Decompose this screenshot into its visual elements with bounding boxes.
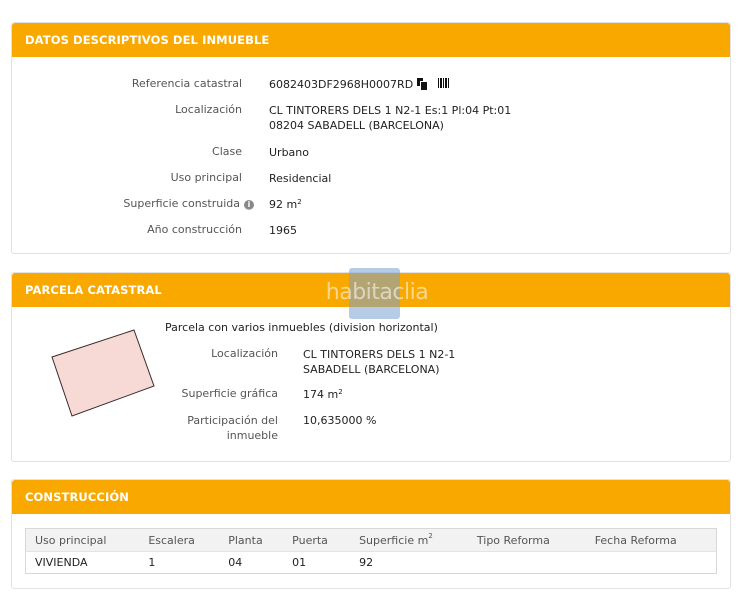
table-cell: 04 [219,552,283,574]
copy-icon[interactable] [417,78,426,89]
parcela-subtitle: Parcela con varios inmuebles (division h… [165,321,438,334]
column-header: Fecha Reforma [586,529,717,552]
table-header-row: Uso principalEscaleraPlantaPuertaSuperfi… [26,529,717,552]
table-cell: VIVIENDA [26,552,140,574]
value-localizacion: CL TINTORERS DELS 1 N2-1 Es:1 Pl:04 Pt:0… [269,103,511,133]
column-header-unit: 2 [428,532,432,540]
label-participacion: Participación del inmueble [187,413,278,443]
value-uso-principal: Residencial [269,171,331,186]
panel-header-construccion: CONSTRUCCIÓN [12,480,730,514]
label-uso-principal: Uso principal [171,171,242,184]
referencia-catastral-text: 6082403DF2968H0007RD [269,78,413,91]
table-cell [468,552,586,574]
table-cell: 1 [139,552,219,574]
column-header: Uso principal [26,529,140,552]
localizacion-line1: CL TINTORERS DELS 1 N2-1 Es:1 Pl:04 Pt:0… [269,104,511,117]
table-cell: 01 [283,552,350,574]
barcode-icon[interactable] [438,78,449,90]
superficie-grafica-unit: 2 [338,388,342,396]
panel-header-parcela-catastral: PARCELA CATASTRAL [12,273,730,307]
participacion-label-line2: inmueble [227,429,278,442]
value-clase: Urbano [269,145,309,160]
parcela-localizacion-line2: SABADELL (BARCELONA) [303,363,440,376]
construccion-table: Uso principalEscaleraPlantaPuertaSuperfi… [25,528,717,574]
parcel-shape [50,328,160,420]
panel-datos-descriptivos: DATOS DESCRIPTIVOS DEL INMUEBLE Referenc… [11,22,731,254]
superficie-grafica-number: 174 m [303,388,338,401]
panel-construccion: CONSTRUCCIÓN Uso principalEscaleraPlanta… [11,479,731,589]
label-superficie-grafica: Superficie gráfica [182,387,279,400]
table-cell [586,552,717,574]
superficie-construida-number: 92 m [269,198,297,211]
panel-parcela-catastral: PARCELA CATASTRAL Parcela con varios inm… [11,272,731,462]
column-header: Tipo Reforma [468,529,586,552]
info-icon[interactable]: i [244,200,254,210]
label-ano-construccion: Año construcción [147,223,242,236]
column-header: Planta [219,529,283,552]
parcela-localizacion-line1: CL TINTORERS DELS 1 N2-1 [303,348,455,361]
column-header: Superficie m2 [350,529,468,552]
label-referencia-catastral: Referencia catastral [132,77,242,90]
superficie-construida-unit: 2 [297,198,301,206]
localizacion-line2: 08204 SABADELL (BARCELONA) [269,119,444,132]
value-superficie-grafica: 174 m2 [303,387,343,402]
panel-header-datos-descriptivos: DATOS DESCRIPTIVOS DEL INMUEBLE [12,23,730,57]
label-parcela-localizacion: Localización [211,347,278,360]
value-ano-construccion: 1965 [269,223,297,238]
column-header: Puerta [283,529,350,552]
table-cell: 92 [350,552,468,574]
participacion-label-line1: Participación del [187,414,278,427]
value-parcela-localizacion: CL TINTORERS DELS 1 N2-1 SABADELL (BARCE… [303,347,455,377]
value-participacion: 10,635000 % [303,413,376,428]
value-superficie-construida: 92 m2 [269,197,302,212]
label-localizacion: Localización [175,103,242,116]
superficie-construida-text: Superficie construida [123,197,240,210]
column-header: Escalera [139,529,219,552]
label-clase: Clase [212,145,242,158]
table-row: VIVIENDA1040192 [26,552,717,574]
value-referencia-catastral: 6082403DF2968H0007RD [269,77,449,92]
label-superficie-construida: Superficie construidai [123,197,254,210]
